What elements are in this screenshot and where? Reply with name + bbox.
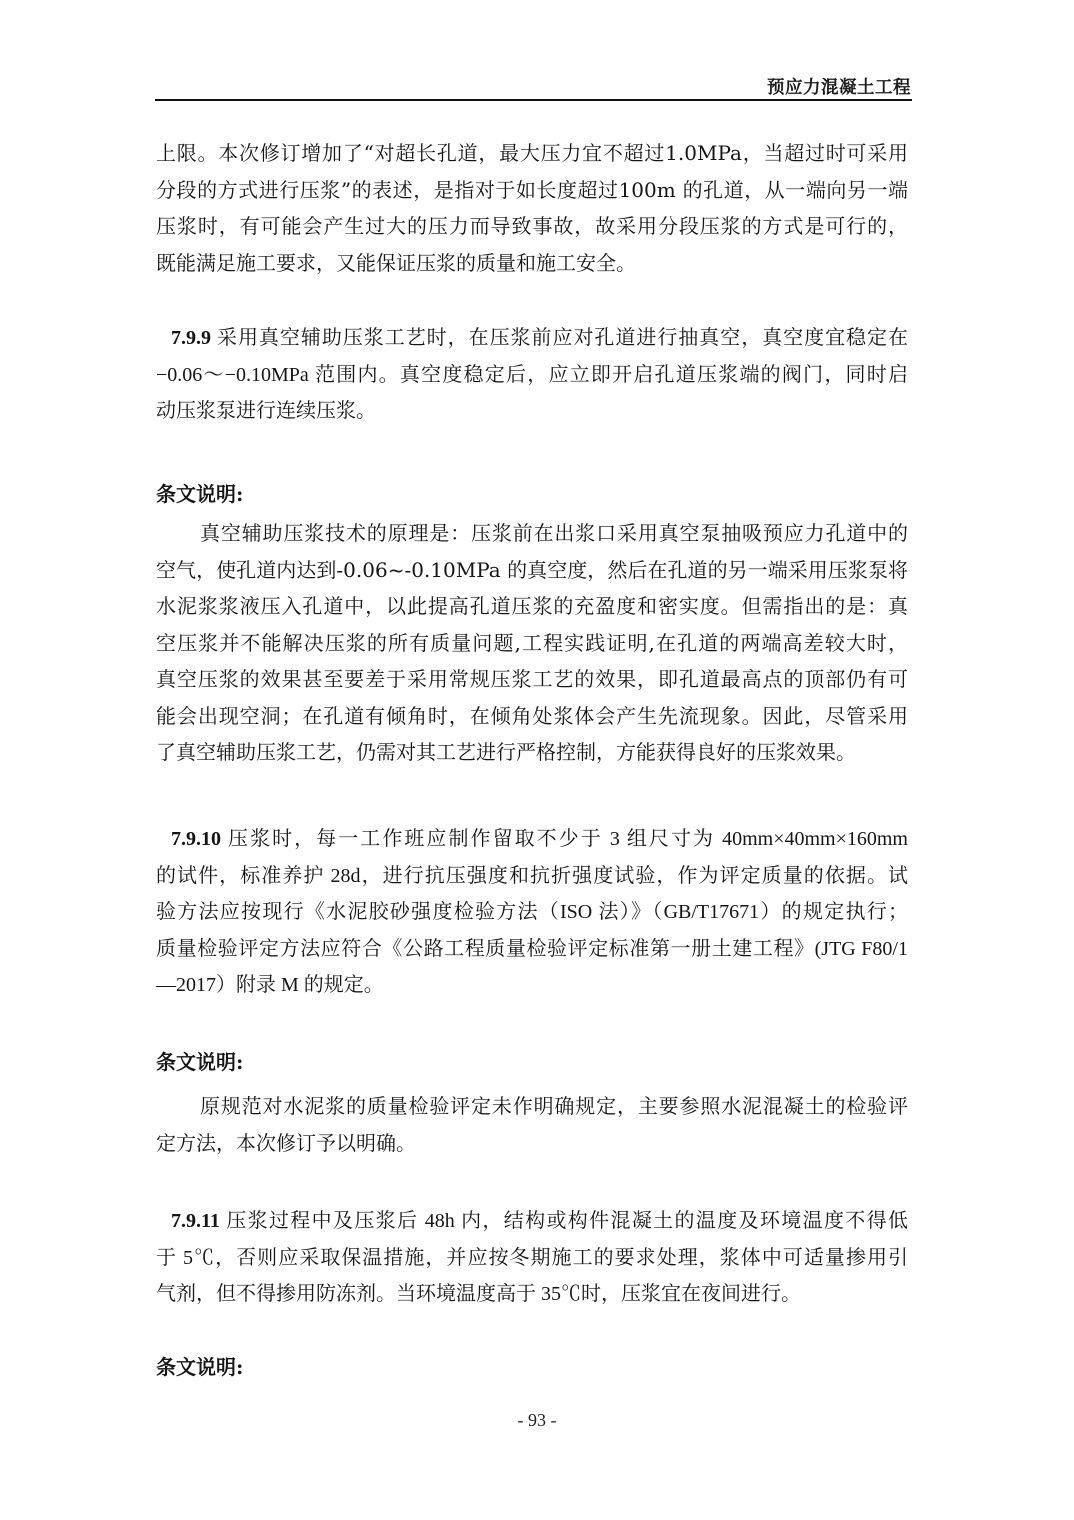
clause-7-9-9: 7.9.9 采用真空辅助压浆工艺时，在压浆前应对孔道进行抽真空，真空度宜稳定在 … (156, 320, 908, 430)
clause-number: 7.9.9 (171, 327, 211, 349)
notes-label: 条文说明: (156, 476, 908, 513)
text-line: 能会出现空洞；在孔道有倾角时，在倾角处浆体会产生先流现象。因此，尽管采用 (156, 698, 908, 735)
note-paragraph-7-9-10: 原规范对水泥浆的质量检验评定未作明确规定，主要参照水泥混凝土的检验评 定方法，本… (156, 1088, 908, 1161)
page-header-title: 预应力混凝土工程 (767, 76, 911, 98)
text-line: 验方法应按现行《水泥胶砂强度检验方法（ISO 法）》（GB/T17671）的规定… (156, 894, 908, 931)
document-page: 预应力混凝土工程 上限。本次修订增加了“对超长孔道，最大压力宜不超过1.0MPa… (0, 0, 1074, 1520)
text-line: 上限。本次修订增加了“对超长孔道，最大压力宜不超过1.0MPa，当超过时可采用 (156, 135, 908, 172)
clause-7-9-10: 7.9.10 压浆时，每一工作班应制作留取不少于 3 组尺寸为 40mm×40m… (156, 821, 908, 1004)
text-line: 质量检验评定方法应符合《公路工程质量检验评定标准第一册土建工程》(JTG F80… (156, 931, 908, 968)
text-line: −0.06～−0.10MPa 范围内。真空度稳定后，应立即开启孔道压浆端的阀门，… (156, 357, 908, 394)
text-line: 定方法，本次修订予以明确。 (156, 1125, 908, 1162)
clause-number: 7.9.10 (171, 828, 221, 850)
text-line: 原规范对水泥浆的质量检验评定未作明确规定，主要参照水泥混凝土的检验评 (156, 1088, 908, 1125)
text-line: 7.9.10 压浆时，每一工作班应制作留取不少于 3 组尺寸为 40mm×40m… (156, 821, 908, 858)
notes-label-text: 条文说明: (156, 1349, 908, 1386)
notes-label: 条文说明: (156, 1349, 908, 1386)
paragraph-continuation: 上限。本次修订增加了“对超长孔道，最大压力宜不超过1.0MPa，当超过时可采用 … (156, 135, 908, 281)
notes-label: 条文说明: (156, 1044, 908, 1081)
text-line: 空压浆并不能解决压浆的所有质量问题,工程实践证明,在孔道的两端高差较大时， (156, 625, 908, 662)
clause-text: 压浆时，每一工作班应制作留取不少于 3 组尺寸为 40mm×40mm×160mm (221, 828, 908, 850)
header-rule (155, 99, 912, 101)
clause-7-9-11: 7.9.11 压浆过程中及压浆后 48h 内，结构或构件混凝土的温度及环境温度不… (156, 1203, 908, 1313)
clause-text: 压浆过程中及压浆后 48h 内，结构或构件混凝土的温度及环境温度不得低 (220, 1210, 908, 1232)
text-line: 的试件，标准养护 28d，进行抗压强度和抗折强度试验，作为评定质量的依据。试 (156, 858, 908, 895)
text-line: 动压浆泵进行连续压浆。 (156, 393, 908, 430)
text-line: 真空压浆的效果甚至要差于采用常规压浆工艺的效果，即孔道最高点的顶部仍有可 (156, 661, 908, 698)
text-line: 水泥浆浆液压入孔道中，以此提高孔道压浆的充盈度和密实度。但需指出的是：真 (156, 588, 908, 625)
notes-label-text: 条文说明: (156, 1044, 908, 1081)
text-line: 于 5℃，否则应采取保温措施，并应按冬期施工的要求处理，浆体中可适量掺用引 (156, 1240, 908, 1277)
notes-label-text: 条文说明: (156, 476, 908, 513)
clause-text: 采用真空辅助压浆工艺时，在压浆前应对孔道进行抽真空，真空度宜稳定在 (211, 327, 908, 349)
text-line: 7.9.9 采用真空辅助压浆工艺时，在压浆前应对孔道进行抽真空，真空度宜稳定在 (156, 320, 908, 357)
text-line: 真空辅助压浆技术的原理是：压浆前在出浆口采用真空泵抽吸预应力孔道中的 (156, 515, 908, 552)
note-paragraph-7-9-9: 真空辅助压浆技术的原理是：压浆前在出浆口采用真空泵抽吸预应力孔道中的 空气，使孔… (156, 515, 908, 771)
text-line: 压浆时，有可能会产生过大的压力而导致事故，故采用分段压浆的方式是可行的， (156, 208, 908, 245)
text-line: 了真空辅助压浆工艺，仍需对其工艺进行严格控制，方能获得良好的压浆效果。 (156, 734, 908, 771)
text-line: 7.9.11 压浆过程中及压浆后 48h 内，结构或构件混凝土的温度及环境温度不… (156, 1203, 908, 1240)
clause-number: 7.9.11 (171, 1210, 220, 1232)
text-line: 气剂，但不得掺用防冻剂。当环境温度高于 35℃时，压浆宜在夜间进行。 (156, 1276, 908, 1313)
page-number: - 93 - (0, 1408, 1074, 1432)
text-line: —2017）附录 M 的规定。 (156, 967, 908, 1004)
text-line: 空气，使孔道内达到-0.06~-0.10MPa 的真空度，然后在孔道的另一端采用… (156, 552, 908, 589)
text-line: 分段的方式进行压浆”的表述，是指对于如长度超过100m 的孔道，从一端向另一端 (156, 172, 908, 209)
text-line: 既能满足施工要求，又能保证压浆的质量和施工安全。 (156, 245, 908, 282)
